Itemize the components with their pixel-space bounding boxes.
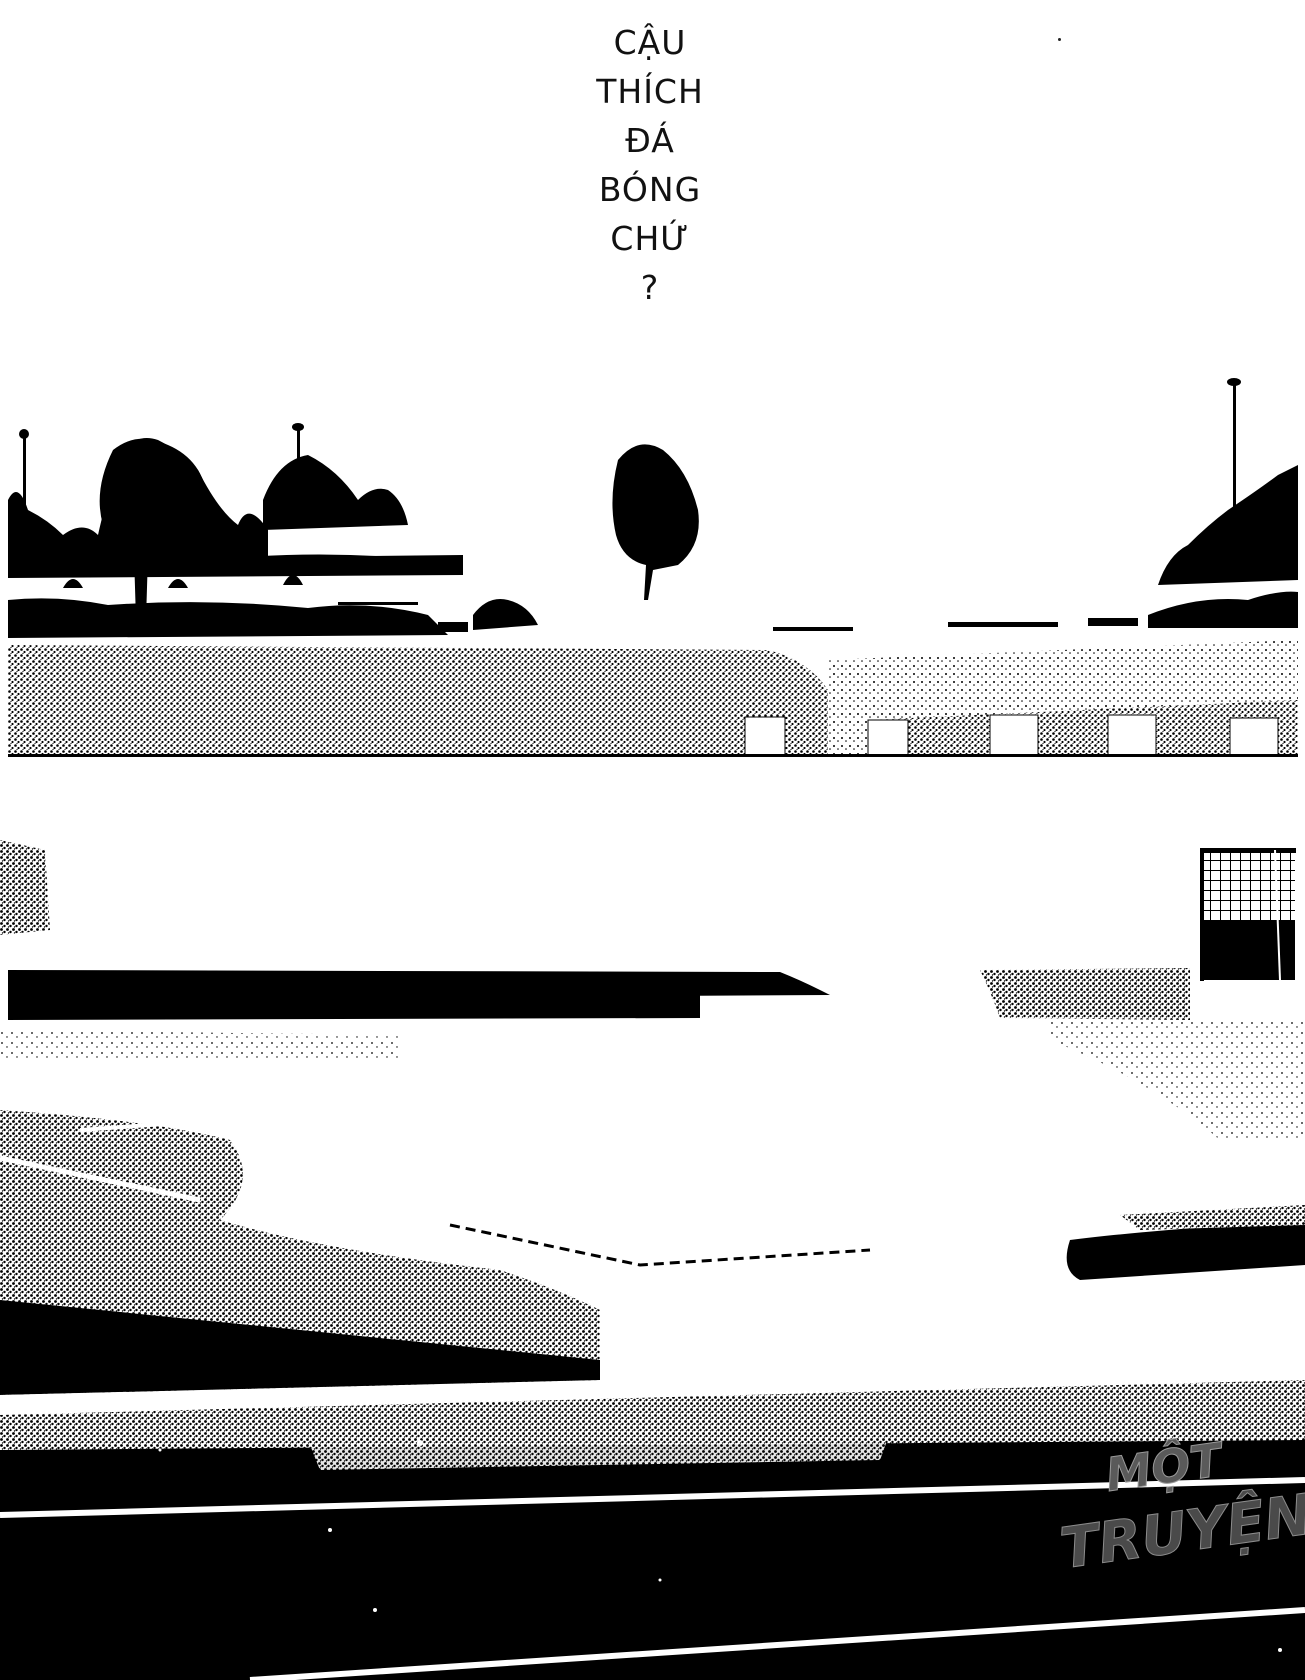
- speech-text: CẬU THÍCH ĐÁ BÓNG CHỨ ?: [585, 18, 715, 312]
- panel-football-pitch: [0, 820, 1305, 1680]
- panel-field-trees: [8, 360, 1298, 810]
- speech-line: BÓNG: [585, 165, 715, 214]
- speech-line: CẬU: [585, 18, 715, 67]
- field-trees-illustration: [8, 360, 1298, 810]
- speech-line: THÍCH: [585, 67, 715, 116]
- speech-line: ?: [585, 263, 715, 312]
- football-pitch-illustration: [0, 820, 1305, 1680]
- speech-line: CHỨ: [585, 214, 715, 263]
- goal-net: [1200, 848, 1296, 981]
- speech-line: ĐÁ: [585, 116, 715, 165]
- ink-speck: [1058, 38, 1061, 41]
